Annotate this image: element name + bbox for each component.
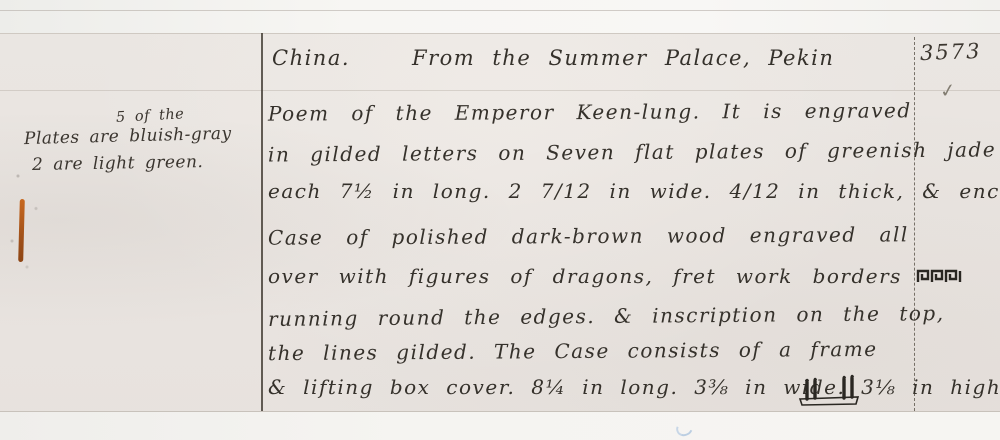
entry-title: From the Summer Palace, Pekin — [412, 46, 834, 70]
body-line: & lifting box cover. 8¼ in long. 3⅜ in w… — [268, 375, 1000, 399]
number-column-rule — [914, 37, 915, 411]
scan-edge-top — [0, 0, 1000, 34]
margin-note-insert: 5 of the — [116, 102, 263, 126]
catalog-number: 3573 — [920, 39, 982, 65]
body-line-text: over with figures of dragons, fret work … — [268, 264, 902, 288]
body-line: in gilded letters on Seven flat plates o… — [268, 137, 996, 166]
body-line: Poem of the Emperor Keen-lung. It is eng… — [268, 98, 912, 125]
body-line: the lines gilded. The Case consists of a… — [268, 337, 878, 365]
body-line: each 7½ in long. 2 7/12 in wide. 4/12 in… — [268, 179, 1000, 203]
top-hairline-rule — [0, 10, 1000, 11]
margin-column-rule — [261, 33, 263, 411]
margin-note: 5 of the Plates are bluish-gray 2 are li… — [24, 106, 262, 173]
header-rule-line — [0, 90, 1000, 91]
margin-note-line-1: Plates are bluish-gray — [24, 123, 262, 149]
case-frame-sketch-icon — [798, 372, 862, 414]
entry-region: China. — [272, 46, 350, 70]
body-line: running round the edges. & inscription o… — [268, 301, 945, 331]
body-line: Case of polished dark-brown wood engrave… — [268, 222, 909, 249]
entry-header: China.From the Summer Palace, Pekin — [272, 46, 834, 70]
fret-pattern-sketch-icon — [916, 266, 962, 290]
check-mark: ✓ — [939, 79, 958, 103]
margin-note-line-2: 2 are light green. — [32, 151, 262, 175]
scan-edge-bottom — [0, 411, 1000, 440]
scanned-ledger-page: China.From the Summer Palace, Pekin 3573… — [0, 0, 1000, 440]
body-line: over with figures of dragons, fret work … — [268, 264, 962, 290]
